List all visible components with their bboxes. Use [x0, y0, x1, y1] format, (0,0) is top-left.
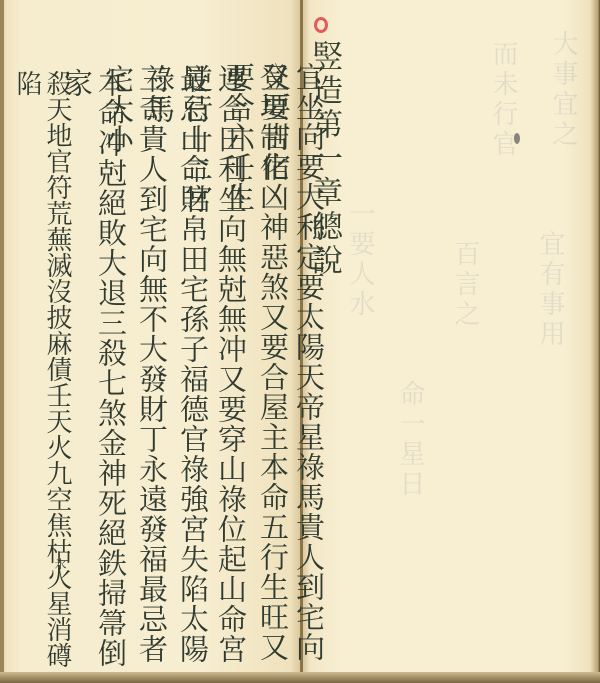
chapter-marker-circle	[314, 17, 328, 33]
left-page-edge	[0, 0, 4, 683]
bleed-through-text: 命一星日	[395, 380, 425, 500]
marginal-annotation: 氷	[43, 558, 77, 571]
bleed-through-text: 而未行官	[488, 40, 518, 160]
page-bottom-edge	[0, 672, 600, 683]
ink-stain	[514, 133, 520, 144]
bleed-through-text: 一要人水	[345, 200, 375, 320]
bleed-through-text: 大事宜之	[548, 30, 578, 150]
manuscript-spread: 大事宜之 而未行官 宜有事用 百言之 命一星日 一要人水 竪造第一章總說 宜坐向…	[0, 0, 600, 683]
bleed-through-text: 宜有事用	[535, 230, 565, 350]
text-column-7: 殺天地官符荒蕪滅沒披麻債壬天火九空焦枯火星消𥖁陷	[12, 70, 72, 683]
bleed-through-text: 百言之	[450, 240, 480, 330]
